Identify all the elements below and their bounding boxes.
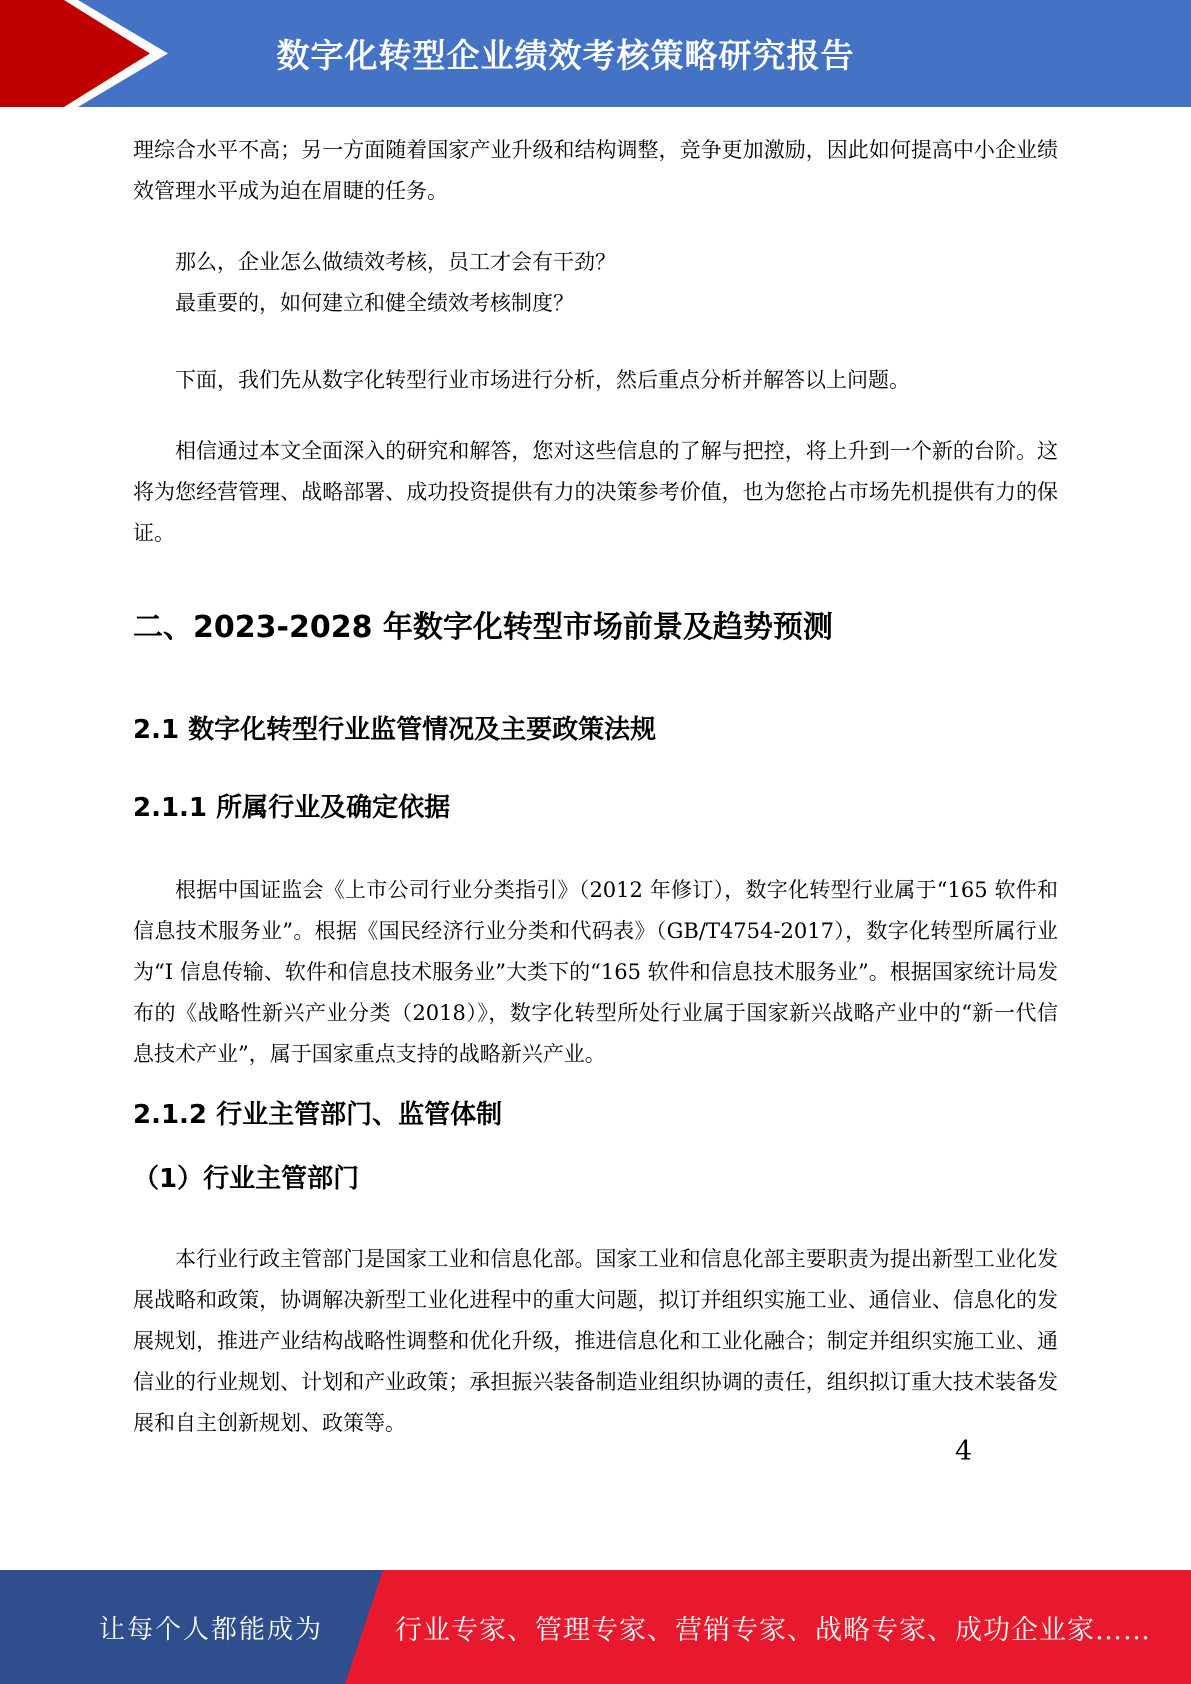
- paragraph-question-1: 那么，企业怎么做绩效考核，员工才会有干劲？: [133, 242, 1058, 283]
- section-heading-2-1-2: 2.1.2 行业主管部门、监管体制: [133, 1097, 1058, 1133]
- section-heading-2-1: 2.1 数字化转型行业监管情况及主要政策法规: [133, 712, 1058, 748]
- paragraph-transition: 下面，我们先从数字化转型行业市场进行分析，然后重点分析并解答以上问题。: [133, 360, 1058, 401]
- paragraph-question-2: 最重要的，如何建立和健全绩效考核制度？: [133, 283, 1058, 324]
- page-number: 4: [955, 1436, 972, 1467]
- document-content: 理综合水平不高；另一方面随着国家产业升级和结构调整，竞争更加激励，因此如何提高中…: [133, 107, 1058, 1444]
- footer-banner: 让每个人都能成为 行业专家、管理专家、营销专家、战略专家、成功企业家……: [0, 1570, 1191, 1684]
- header-banner: 数字化转型企业绩效考核策略研究报告: [0, 0, 1191, 107]
- paragraph-intro-continued: 理综合水平不高；另一方面随着国家产业升级和结构调整，竞争更加激励，因此如何提高中…: [133, 130, 1058, 212]
- section-heading-chapter2: 二、2023-2028 年数字化转型市场前景及趋势预测: [133, 606, 1058, 650]
- paragraph-competent-department: 本行业行政主管部门是国家工业和信息化部。国家工业和信息化部主要职责为提出新型工业…: [133, 1239, 1058, 1444]
- report-title: 数字化转型企业绩效考核策略研究报告: [0, 0, 1191, 107]
- section-heading-2-1-1: 2.1.1 所属行业及确定依据: [133, 790, 1058, 826]
- subsection-heading-competent-department: （1）行业主管部门: [133, 1161, 1058, 1197]
- footer-slogan-right: 行业专家、管理专家、营销专家、战略专家、成功企业家……: [395, 1570, 1191, 1684]
- paragraph-value-statement: 相信通过本文全面深入的研究和解答，您对这些信息的了解与把控，将上升到一个新的台阶…: [133, 431, 1058, 554]
- report-page: 数字化转型企业绩效考核策略研究报告 理综合水平不高；另一方面随着国家产业升级和结…: [0, 0, 1191, 1684]
- footer-slogan-left: 让每个人都能成为: [0, 1570, 345, 1684]
- paragraph-industry-classification: 根据中国证监会《上市公司行业分类指引》（2012 年修订），数字化转型行业属于“…: [133, 870, 1058, 1075]
